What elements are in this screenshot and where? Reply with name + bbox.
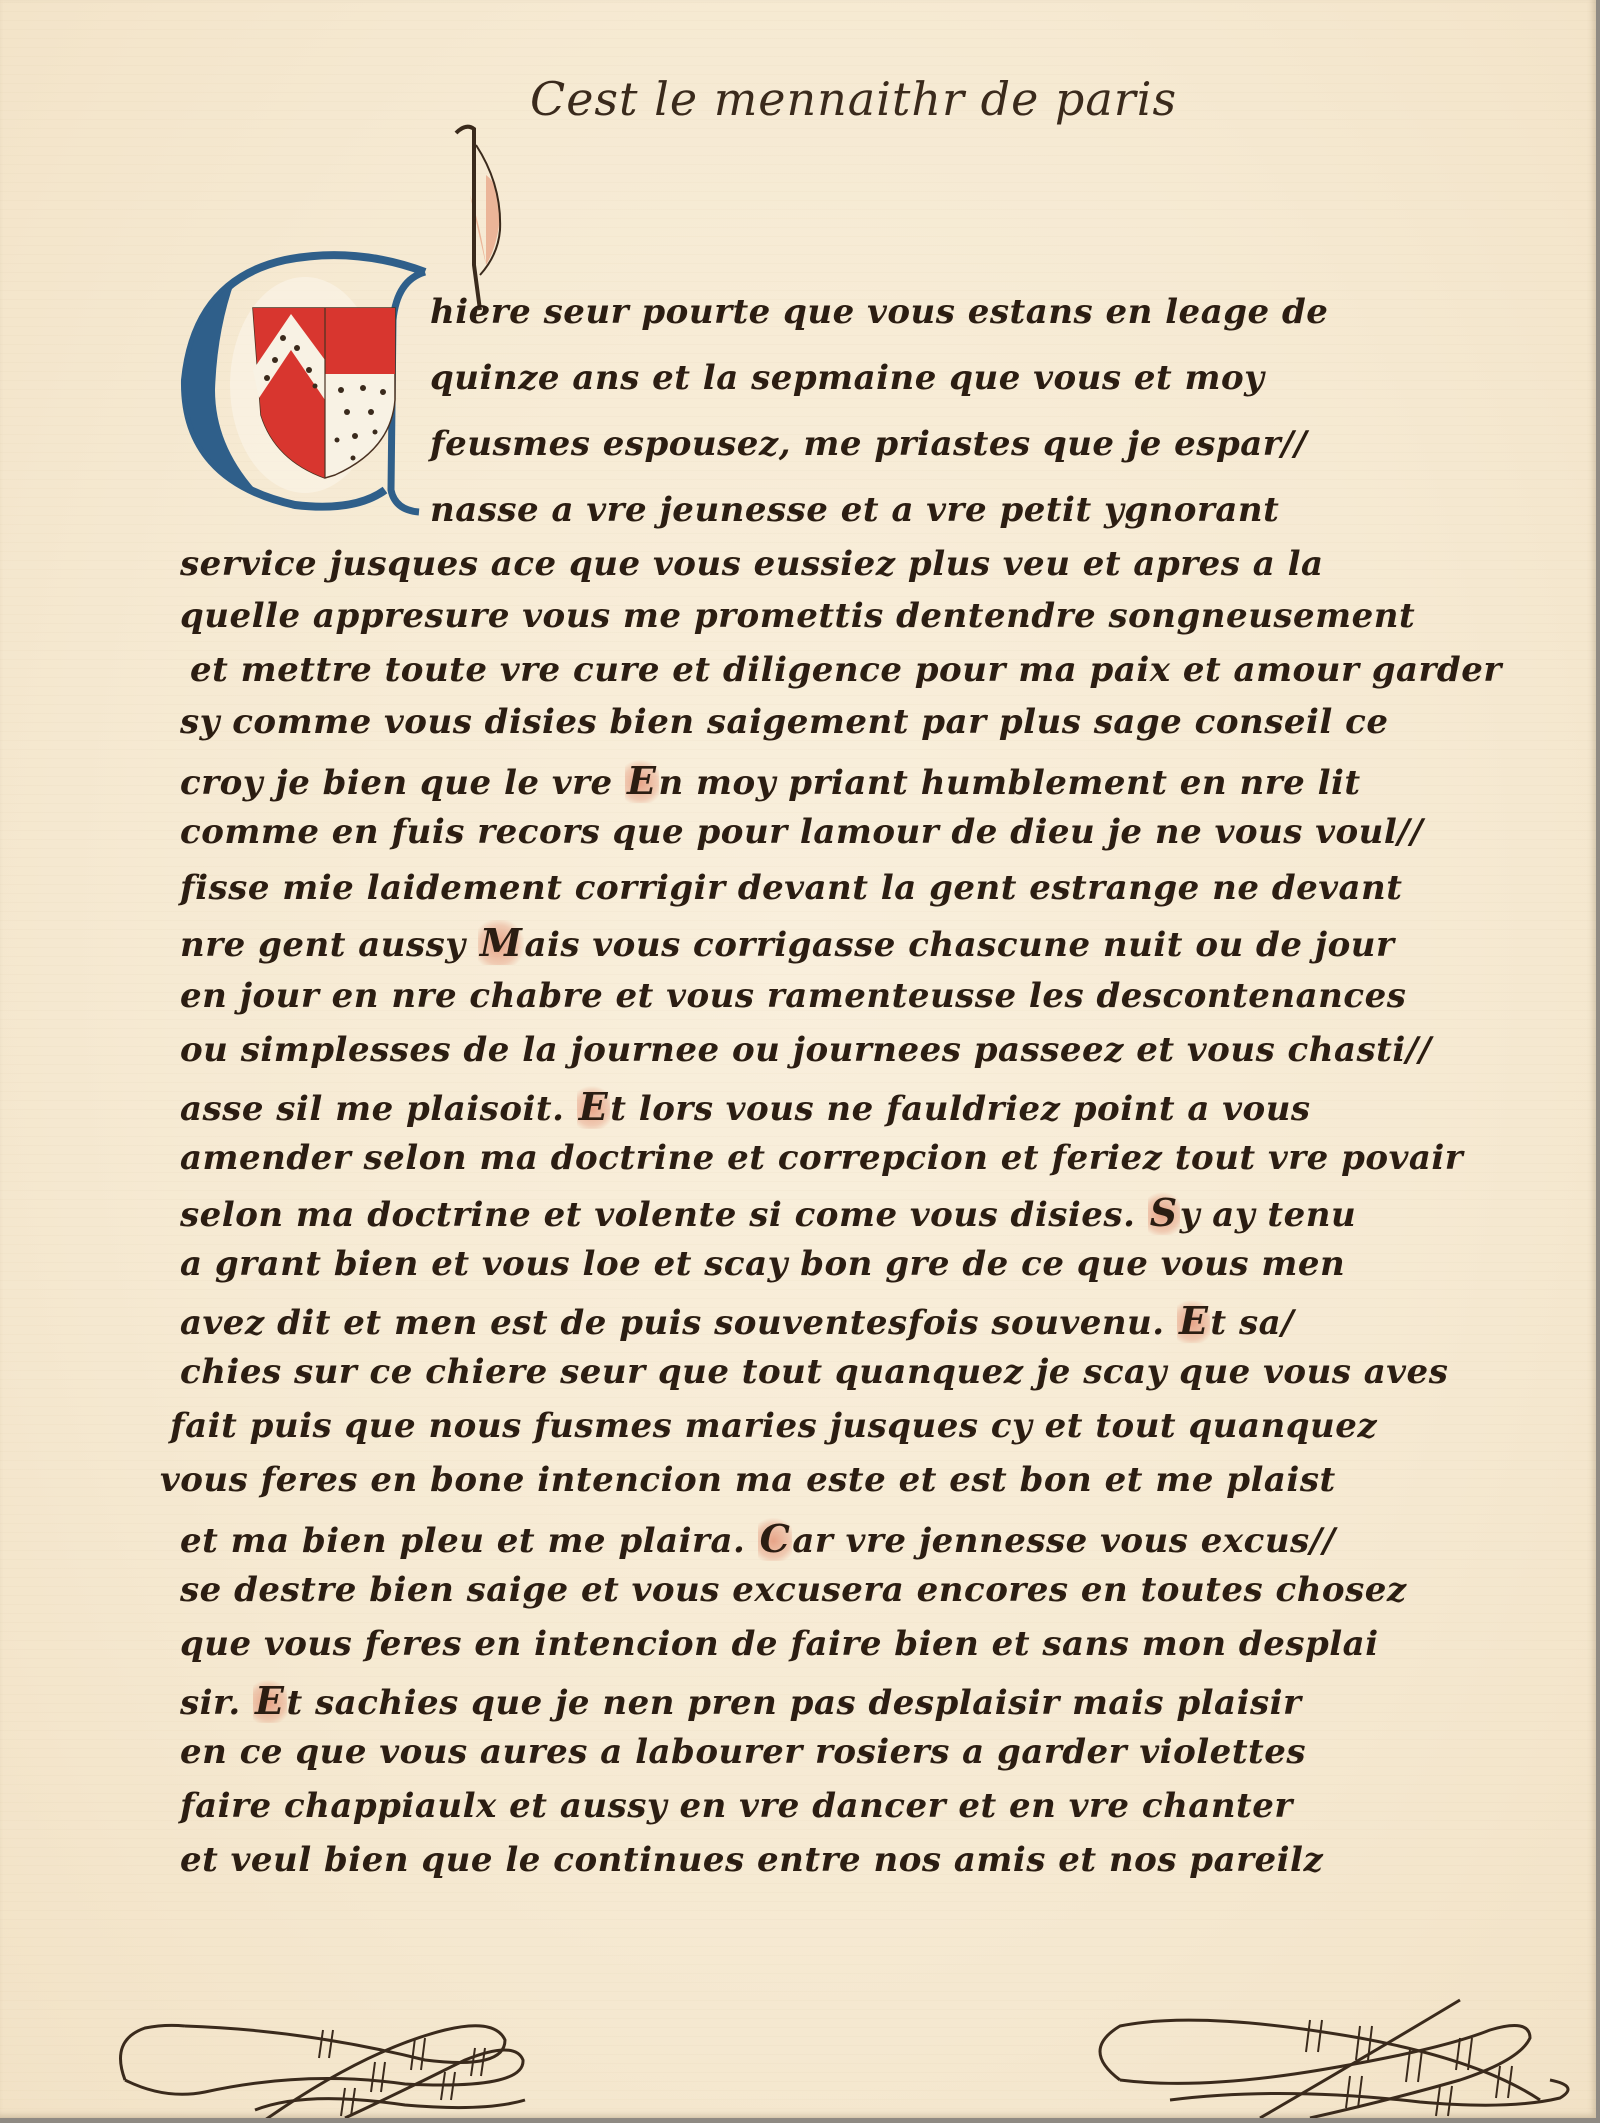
rubricated-capital: S — [1148, 1190, 1180, 1235]
text-line: nasse a vre jeunesse et a vre petit ygno… — [430, 490, 1279, 530]
rubricated-capital: C — [758, 1516, 793, 1561]
text-line: fisse mie laidement corrigir devant la g… — [180, 868, 1402, 908]
text-line: fait puis que nous fusmes maries jusques… — [170, 1406, 1377, 1446]
text-line: service jusques ace que vous eussiez plu… — [180, 544, 1324, 584]
text-line: faire chappiaulx et aussy en vre dancer … — [180, 1786, 1293, 1826]
text-line: sy comme vous disies bien saigement par … — [180, 702, 1389, 742]
cadel-flourish-right-icon — [1060, 1990, 1580, 2118]
text-line: et mettre toute vre cure et diligence po… — [190, 650, 1502, 690]
text-line: et veul bien que le continues entre nos … — [180, 1840, 1323, 1880]
text-line: en jour en nre chabre et vous ramenteuss… — [180, 976, 1406, 1016]
text-line: quelle appresure vous me promettis dente… — [180, 596, 1415, 636]
text-line: chies sur ce chiere seur que tout quanqu… — [180, 1352, 1448, 1392]
page-edge-right — [1596, 0, 1600, 2123]
text-line: ou simplesses de la journee ou journees … — [180, 1030, 1432, 1070]
text-line: comme en fuis recors que pour lamour de … — [180, 812, 1423, 852]
rubricated-capital: E — [577, 1084, 610, 1129]
text-line: que vous feres en intencion de faire bie… — [180, 1624, 1379, 1664]
text-line: et ma bien pleu et me plaira. Car vre je… — [180, 1516, 1336, 1561]
rubricated-capital: E — [1177, 1298, 1210, 1343]
text-line: selon ma doctrine et volente si come vou… — [180, 1190, 1356, 1235]
rubricated-capital: E — [625, 758, 658, 803]
text-line: se destre bien saige et vous excusera en… — [180, 1570, 1407, 1610]
text-line: feusmes espousez, me priastes que je esp… — [430, 424, 1307, 464]
text-line: nre gent aussy Mais vous corrigasse chas… — [180, 920, 1394, 965]
text-line: avez dit et men est de puis souventesfoi… — [180, 1298, 1294, 1343]
text-line: croy je bien que le vre En moy priant hu… — [180, 758, 1361, 803]
rubricated-capital: M — [478, 920, 525, 965]
manuscript-page: Cest le mennaithr de paris hiere seur po… — [0, 0, 1596, 2118]
page-edge-bottom — [0, 2118, 1600, 2123]
page-title: Cest le mennaithr de paris — [530, 72, 1177, 126]
text-line: asse sil me plaisoit. Et lors vous ne fa… — [180, 1084, 1311, 1129]
cadel-flourish-left-icon — [105, 2000, 535, 2118]
text-line: a grant bien et vous loe et scay bon gre… — [180, 1244, 1345, 1284]
text-line: quinze ans et la sepmaine que vous et mo… — [430, 358, 1264, 398]
text-line: sir. Et sachies que je nen pren pas desp… — [180, 1678, 1301, 1723]
text-line: hiere seur pourte que vous estans en lea… — [430, 292, 1328, 332]
text-line: amender selon ma doctrine et correpcion … — [180, 1138, 1463, 1178]
text-line: vous feres en bone intencion ma este et … — [160, 1460, 1336, 1500]
rubricated-capital: E — [253, 1678, 286, 1723]
illuminated-initial-shield-icon — [175, 250, 455, 520]
text-line: en ce que vous aures a labourer rosiers … — [180, 1732, 1306, 1772]
